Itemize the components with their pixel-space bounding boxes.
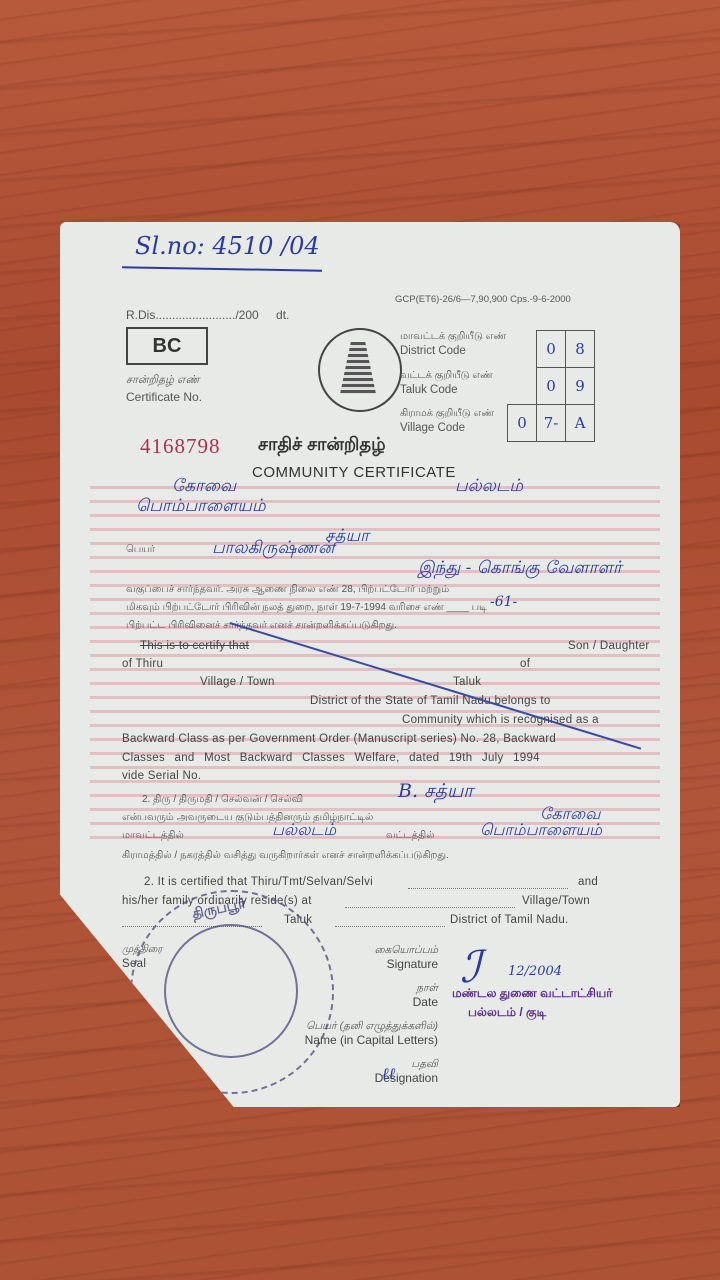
dt-label: dt. — [276, 308, 289, 322]
handwritten-resident-name: B. சத்யா — [398, 780, 473, 805]
blank-line — [345, 907, 515, 908]
en-para1-serial: vide Serial No. — [122, 770, 201, 782]
certificate-no-label-en: Certificate No. — [126, 390, 202, 404]
official-stamp-line1: மண்டல துணை வட்டாட்சியர் — [452, 986, 613, 1002]
seal-label-en: Seal — [122, 958, 146, 970]
handwritten-resident-village: பொம்பாளையம் — [480, 820, 602, 841]
community-certificate: Sl.no: 4510 /04 GCP(ET6)-26/6—7,90,900 C… — [60, 222, 680, 1107]
district-code-digit: 8 — [565, 330, 595, 368]
security-background-pattern — [90, 480, 660, 840]
rdis-field: R.Dis......................../200 dt. — [126, 308, 289, 322]
rdis-label: R.Dis......................../200 — [126, 308, 259, 322]
en-para1-welfare: Classes and Most Backward Classes Welfar… — [122, 752, 540, 764]
en-para2-and: and — [578, 876, 598, 888]
en-para1-district: District of the State of Tamil Nadu belo… — [310, 695, 551, 707]
designation-label-en: Designation — [288, 1071, 438, 1085]
handwritten-father-name: பாலகிருஷ்ணன் — [212, 538, 334, 560]
en-para2-village-town: Village/Town — [522, 895, 590, 907]
title-tamil: சாதிச் சான்றிதழ் — [258, 434, 386, 457]
handwritten-serial-number: Sl.no: 4510 /04 — [135, 232, 320, 260]
temple-tower-icon — [340, 342, 376, 394]
tamil-para2-line1: 2. திரு / திருமதி / செல்வன் / செல்வி — [142, 794, 303, 806]
en-para1-certify: This is to certify that — [140, 640, 249, 652]
district-code-label: மாவட்டக் குறியீடு எண் District Code — [400, 330, 506, 359]
seal-label-ta: முத்திரை — [122, 944, 162, 956]
village-code-digit: 7- — [536, 404, 566, 442]
taluk-code-label-en: Taluk Code — [400, 383, 493, 399]
title-english: COMMUNITY CERTIFICATE — [252, 464, 456, 481]
district-code-label-ta: மாவட்டக் குறியீடு எண் — [400, 330, 506, 344]
tamil-para2-line3: மாவட்டத்தில் — [122, 830, 184, 842]
designation-label: பதவி Designation — [288, 1058, 438, 1085]
serial-underline — [122, 266, 322, 271]
taluk-code-label-ta: வட்டக் குறியீடு எண் — [400, 369, 493, 383]
district-code-label-en: District Code — [400, 344, 506, 360]
taluk-code-digit: 9 — [565, 367, 595, 405]
tamil-para1-line2: மிகவும் பிற்பட்டோர் பிரிவின் நலத் துறை, … — [126, 602, 487, 614]
certificate-number: 4168798 — [140, 434, 221, 459]
en-para1-village-town: Village / Town — [200, 676, 275, 688]
village-code-digit: 0 — [507, 404, 537, 442]
village-code-label-ta: கிராமக் குறியீடு எண் — [400, 407, 494, 421]
handwritten-serial-no: -61- — [490, 594, 517, 610]
category-box: BC — [126, 327, 208, 365]
village-code-label-en: Village Code — [400, 421, 494, 437]
tamil-para2-line4: வட்டத்தில் — [386, 830, 435, 842]
name-capital-label: பெயர் (தனி எழுத்துக்களில்) Name (in Capi… — [218, 1020, 438, 1047]
district-code-digit: 0 — [536, 330, 566, 368]
handwritten-date: 12/2004 — [508, 964, 562, 979]
blank-line — [408, 888, 568, 889]
en-para2-district: District of Tamil Nadu. — [450, 914, 569, 926]
handwritten-resident-taluk: பல்லடம் — [272, 820, 336, 841]
en-para1-community: Community which is recognised as a — [402, 714, 599, 726]
date-label: நாள் Date — [288, 982, 438, 1009]
date-label-ta: நாள் — [288, 982, 438, 995]
tamil-para2-line5: கிராமத்தில் / நகரத்தில் வசித்து வருகிறார… — [122, 850, 449, 862]
en-para1-of: of — [520, 658, 530, 670]
initials-mark: ℓℓ — [382, 1064, 395, 1084]
village-code-digit: A — [565, 404, 595, 442]
village-code-label: கிராமக் குறியீடு எண் Village Code — [400, 407, 494, 436]
en-para1-taluk: Taluk — [453, 676, 481, 688]
designation-label-ta: பதவி — [288, 1058, 438, 1071]
blank-line — [335, 926, 445, 927]
name-label-en: Name (in Capital Letters) — [218, 1033, 438, 1047]
tamil-para1-line1: வகுப்பைச் சார்ந்தவர். அரசு ஆணை நிலை எண் … — [126, 584, 449, 596]
name-label: பெயர் — [126, 544, 155, 556]
signature-label: கையொப்பம் Signature — [288, 944, 438, 971]
stamp-text: திருப்பூர் — [191, 895, 248, 925]
tamil-nadu-emblem-icon — [318, 328, 402, 412]
handwritten-taluk: பல்லடம் — [455, 476, 523, 498]
handwritten-village: பொம்பாளையம் — [136, 496, 266, 518]
en-para1-son-daughter: Son / Daughter — [568, 640, 650, 652]
en-para2-line1: 2. It is certified that Thiru/Tmt/Selvan… — [144, 876, 373, 888]
en-para1-of-thiru: of Thiru — [122, 658, 163, 670]
handwritten-district: கோவை — [172, 476, 236, 498]
tamil-para1-line3: பிற்பட்ட பிரிவினைச் சார்ந்தவர் எனச் சான்… — [126, 620, 397, 632]
name-label-ta: பெயர் (தனி எழுத்துக்களில்) — [218, 1020, 438, 1033]
signature-label-ta: கையொப்பம் — [288, 944, 438, 957]
official-stamp-line2: பல்லடம் / குடி — [468, 1005, 546, 1021]
taluk-code-label: வட்டக் குறியீடு எண் Taluk Code — [400, 369, 493, 398]
date-label-en: Date — [288, 995, 438, 1009]
certificate-no-label-ta: சான்றிதழ் எண் — [126, 374, 200, 388]
signature-label-en: Signature — [288, 957, 438, 971]
print-code: GCP(ET6)-26/6—7,90,900 Cps.-9-6-2000 — [395, 294, 571, 305]
en-para1-go: Backward Class as per Government Order (… — [122, 733, 556, 745]
taluk-code-digit: 0 — [536, 367, 566, 405]
handwritten-community: இந்து - கொங்கு வேளாளர் — [418, 558, 622, 580]
